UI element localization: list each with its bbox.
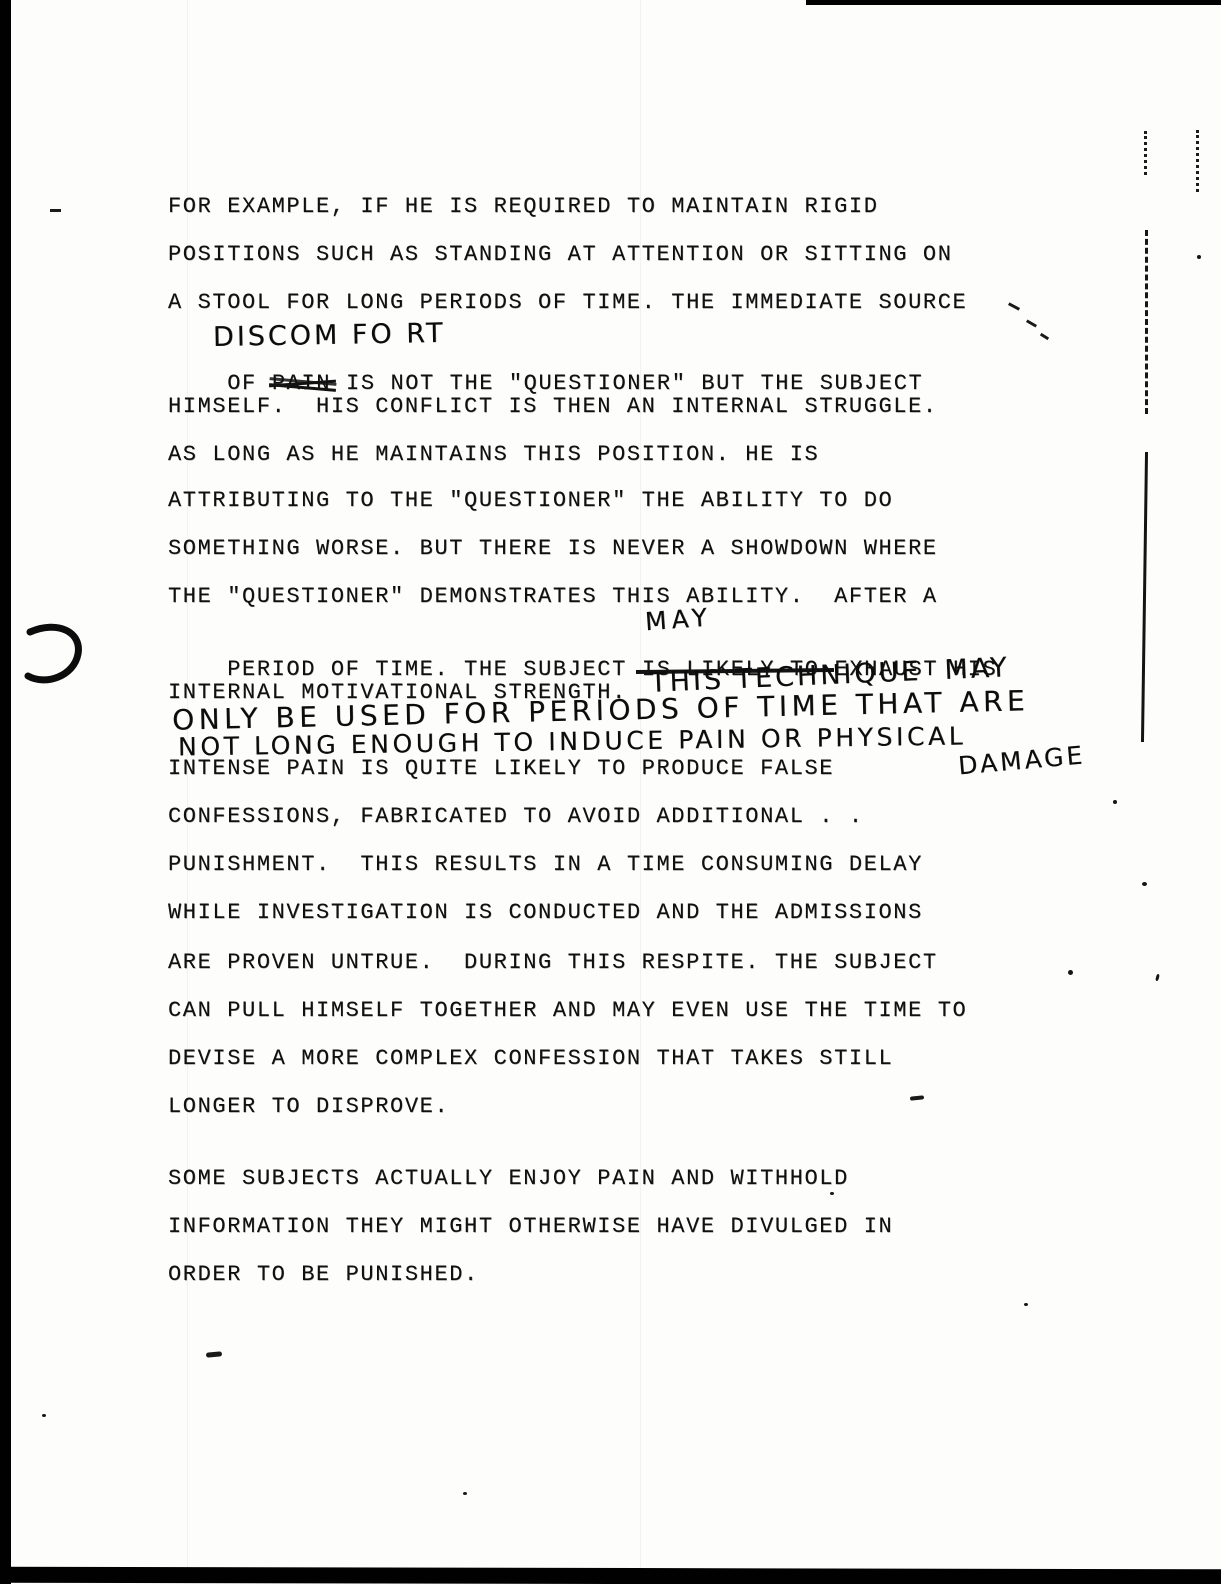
typed-line: ARE PROVEN UNTRUE. DURING THIS RESPITE. … xyxy=(168,950,938,975)
typed-line: THE "QUESTIONER" DEMONSTRATES THIS ABILI… xyxy=(168,584,938,609)
scan-speck xyxy=(1197,255,1201,259)
scan-speck xyxy=(463,1492,467,1495)
typed-text: OF xyxy=(227,371,257,396)
typed-text: IS NOT THE "QUESTIONER" BUT THE SUBJECT xyxy=(346,371,923,396)
right-margin-dashed-line xyxy=(1145,230,1148,414)
typed-line: PUNISHMENT. THIS RESULTS IN A TIME CONSU… xyxy=(168,852,923,877)
bottom-edge-scan-bar xyxy=(0,1567,1221,1584)
scan-speck xyxy=(1113,800,1117,804)
typed-line: CAN PULL HIMSELF TOGETHER AND MAY EVEN U… xyxy=(168,998,967,1023)
pen-tick-mark xyxy=(1026,319,1037,327)
scan-speck xyxy=(42,1414,46,1417)
typed-line: WHILE INVESTIGATION IS CONDUCTED AND THE… xyxy=(168,900,923,925)
handwritten-may: MAY xyxy=(644,603,713,637)
pen-dash-mark xyxy=(206,1351,222,1357)
typed-line: ORDER TO BE PUNISHED. xyxy=(168,1262,479,1287)
typed-line: ATTRIBUTING TO THE "QUESTIONER" THE ABIL… xyxy=(168,488,893,513)
pen-tick-mark xyxy=(1008,302,1020,310)
scan-fold-line xyxy=(187,0,188,1584)
typed-line: SOMETHING WORSE. BUT THERE IS NEVER A SH… xyxy=(168,536,938,561)
right-margin-solid-line xyxy=(1141,452,1148,742)
scan-dash xyxy=(50,209,61,212)
scan-speck xyxy=(830,1192,834,1195)
typed-line: DEVISE A MORE COMPLEX CONFESSION THAT TA… xyxy=(168,1046,893,1071)
left-edge-scan-bar xyxy=(0,0,11,1584)
typed-line: POSITIONS SUCH AS STANDING AT ATTENTION … xyxy=(168,242,953,267)
scan-speck xyxy=(1068,970,1073,975)
typed-line: CONFESSIONS, FABRICATED TO AVOID ADDITIO… xyxy=(168,804,864,829)
typed-line: FOR EXAMPLE, IF HE IS REQUIRED TO MAINTA… xyxy=(168,194,879,219)
typed-line: SOME SUBJECTS ACTUALLY ENJOY PAIN AND WI… xyxy=(168,1166,849,1191)
right-margin-dotted-line xyxy=(1144,131,1147,175)
scan-speck xyxy=(1142,882,1147,886)
top-edge-scan-bar xyxy=(806,0,1221,5)
handwritten-discomfort: DISCOM FO RT xyxy=(213,318,446,353)
right-margin-dot-column xyxy=(1196,130,1199,192)
scan-speck xyxy=(1155,974,1160,982)
pen-dash-mark xyxy=(910,1095,924,1100)
typed-line: INFORMATION THEY MIGHT OTHERWISE HAVE DI… xyxy=(168,1214,893,1239)
pen-tick-mark xyxy=(1040,333,1049,340)
handwritten-insert-line4: DAMAGE xyxy=(957,741,1086,781)
scan-speck xyxy=(1024,1303,1028,1306)
typed-line: A STOOL FOR LONG PERIODS OF TIME. THE IM… xyxy=(168,290,967,315)
margin-curve-mark xyxy=(20,614,90,694)
scanned-document-page: FOR EXAMPLE, IF HE IS REQUIRED TO MAINTA… xyxy=(0,0,1221,1584)
struck-word-pain: PAIN xyxy=(272,371,331,396)
typed-text: PERIOD OF TIME. THE SUBJECT xyxy=(227,657,627,682)
typed-line: HIMSELF. HIS CONFLICT IS THEN AN INTERNA… xyxy=(168,394,938,419)
typed-line: LONGER TO DISPROVE. xyxy=(168,1094,449,1119)
typed-line: AS LONG AS HE MAINTAINS THIS POSITION. H… xyxy=(168,442,819,467)
scan-fold-line xyxy=(640,0,641,1584)
